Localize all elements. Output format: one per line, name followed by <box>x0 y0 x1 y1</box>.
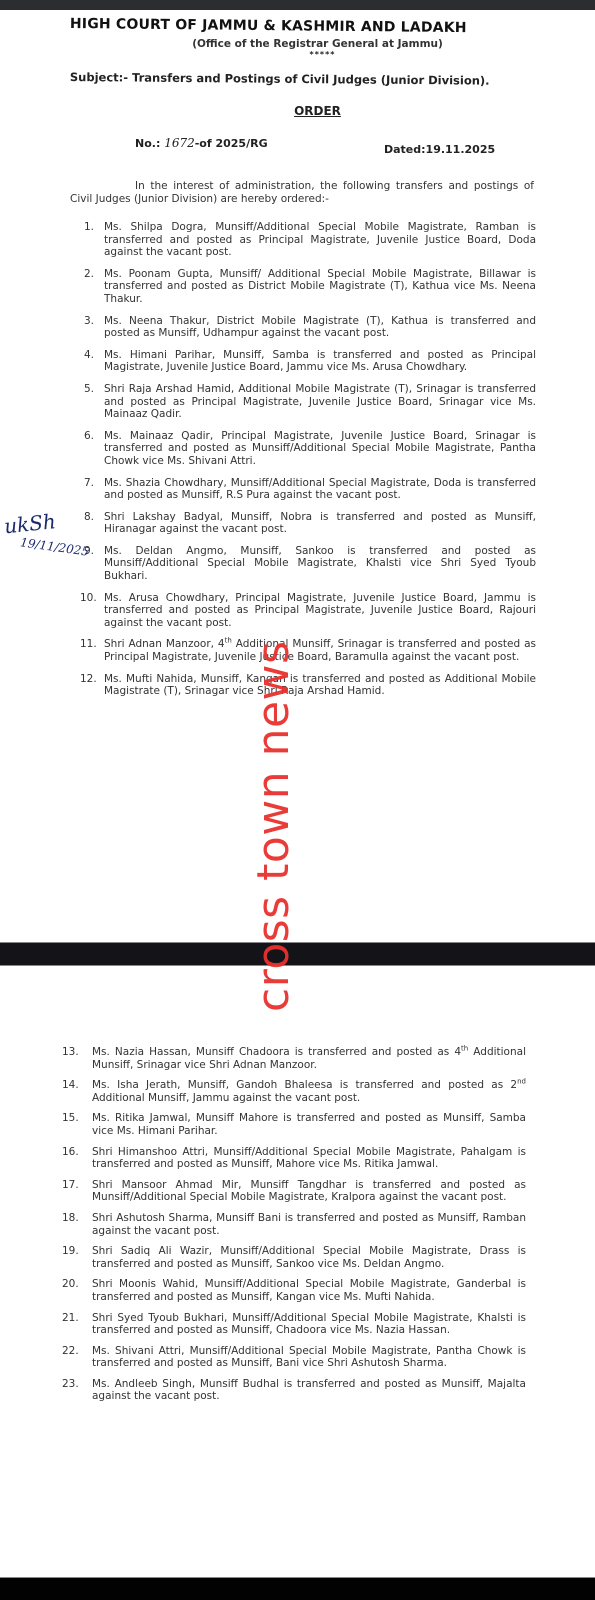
item-text: Shri Sadiq Ali Wazir, Munsiff/Additional… <box>92 1245 526 1270</box>
item-number: 5. <box>84 383 104 396</box>
order-item: 17.Shri Mansoor Ahmad Mir, Munsiff Tangd… <box>58 1179 526 1204</box>
order-item: 21.Shri Syed Tyoub Bukhari, Munsiff/Addi… <box>58 1312 526 1337</box>
order-item: 22.Ms. Shivani Attri, Munsiff/Additional… <box>58 1345 526 1370</box>
item-number: 15. <box>62 1112 82 1125</box>
order-heading: ORDER <box>0 104 595 118</box>
separator-stars: ***** <box>0 50 595 59</box>
item-number: 23. <box>62 1378 82 1391</box>
signature-initials: ukSh <box>3 506 90 539</box>
order-item: 14.Ms. Isha Jerath, Munsiff, Gandoh Bhal… <box>58 1079 526 1104</box>
item-text: Ms. Shivani Attri, Munsiff/Additional Sp… <box>92 1345 526 1370</box>
item-number: 12. <box>80 673 100 686</box>
office-subtitle: (Office of the Registrar General at Jamm… <box>0 38 595 50</box>
order-item: 18.Shri Ashutosh Sharma, Munsiff Bani is… <box>58 1212 526 1237</box>
item-text: Ms. Shilpa Dogra, Munsiff/Additional Spe… <box>104 221 536 258</box>
order-item: 7.Ms. Shazia Chowdhary, Munsiff/Addition… <box>70 477 536 502</box>
item-number: 6. <box>84 430 104 443</box>
item-text: Shri Mansoor Ahmad Mir, Munsiff Tangdhar… <box>92 1179 526 1204</box>
order-item: 8.Shri Lakshay Badyal, Munsiff, Nobra is… <box>70 511 536 536</box>
item-number: 14. <box>62 1079 82 1092</box>
item-text: Additional Munsiff, Jammu against the va… <box>92 1092 360 1104</box>
item-text: Ms. Shazia Chowdhary, Munsiff/Additional… <box>104 477 536 502</box>
order-item: 16.Shri Himanshoo Attri, Munsiff/Additio… <box>58 1146 526 1171</box>
item-text: Shri Raja Arshad Hamid, Additional Mobil… <box>104 383 536 420</box>
order-item: 12.Ms. Mufti Nahida, Munsiff, Kangan is … <box>70 673 536 698</box>
item-number: 19. <box>62 1245 82 1258</box>
item-number: 1. <box>84 221 104 234</box>
order-item: 23.Ms. Andleeb Singh, Munsiff Budhal is … <box>58 1378 526 1403</box>
order-item: 5.Shri Raja Arshad Hamid, Additional Mob… <box>70 383 536 421</box>
item-text: Ms. Mufti Nahida, Munsiff, Kangan is tra… <box>104 673 536 698</box>
item-text: Shri Moonis Wahid, Munsiff/Additional Sp… <box>92 1278 526 1303</box>
item-number: 20. <box>62 1278 82 1291</box>
order-number-label: No.: <box>135 137 160 150</box>
order-item: 1.Ms. Shilpa Dogra, Munsiff/Additional S… <box>70 221 536 259</box>
item-text: Ms. Isha Jerath, Munsiff, Gandoh Bhalees… <box>92 1079 517 1091</box>
item-text: Shri Ashutosh Sharma, Munsiff Bani is tr… <box>92 1212 526 1237</box>
top-bar <box>0 0 595 10</box>
item-number: 21. <box>62 1312 82 1325</box>
order-number-handwritten: 1672 <box>164 136 195 150</box>
item-text: Shri Syed Tyoub Bukhari, Munsiff/Additio… <box>92 1312 526 1337</box>
item-number: 10. <box>80 592 100 605</box>
item-text: Ms. Neena Thakur, District Mobile Magist… <box>104 315 536 340</box>
ordinal-suffix: nd <box>517 1078 526 1086</box>
order-item: 10.Ms. Arusa Chowdhary, Principal Magist… <box>70 592 536 630</box>
item-number: 13. <box>62 1046 82 1059</box>
item-text: Shri Lakshay Badyal, Munsiff, Nobra is t… <box>104 511 536 536</box>
order-number-suffix: -of 2025/RG <box>195 137 268 150</box>
item-text: Ms. Mainaaz Qadir, Principal Magistrate,… <box>104 430 536 467</box>
item-text: Ms. Deldan Angmo, Munsiff, Sankoo is tra… <box>104 545 536 582</box>
watermark: cross town news <box>248 641 299 1012</box>
order-items-page-1: 1.Ms. Shilpa Dogra, Munsiff/Additional S… <box>70 221 536 707</box>
order-item: 13.Ms. Nazia Hassan, Munsiff Chadoora is… <box>58 1046 526 1071</box>
order-item: 6.Ms. Mainaaz Qadir, Principal Magistrat… <box>70 430 536 468</box>
item-text: Ms. Poonam Gupta, Munsiff/ Additional Sp… <box>104 268 536 305</box>
order-item: 11.Shri Adnan Manzoor, 4th Additional Mu… <box>70 638 536 663</box>
order-number: No.: 1672-of 2025/RG <box>135 136 268 150</box>
order-date: Dated:19.11.2025 <box>384 143 495 156</box>
ordinal-suffix: th <box>225 637 232 645</box>
order-item: 19.Shri Sadiq Ali Wazir, Munsiff/Additio… <box>58 1245 526 1270</box>
item-text: Ms. Ritika Jamwal, Munsiff Mahore is tra… <box>92 1112 526 1137</box>
handwritten-signature: ukSh 19/11/2025 <box>4 510 89 554</box>
item-number: 7. <box>84 477 104 490</box>
order-item: 15.Ms. Ritika Jamwal, Munsiff Mahore is … <box>58 1112 526 1137</box>
order-item: 3.Ms. Neena Thakur, District Mobile Magi… <box>70 315 536 340</box>
order-item: 20.Shri Moonis Wahid, Munsiff/Additional… <box>58 1278 526 1303</box>
item-number: 16. <box>62 1146 82 1159</box>
item-number: 3. <box>84 315 104 328</box>
item-text: Shri Adnan Manzoor, 4 <box>104 638 225 650</box>
item-number: 17. <box>62 1179 82 1192</box>
item-text: Shri Himanshoo Attri, Munsiff/Additional… <box>92 1146 526 1171</box>
item-text: Ms. Arusa Chowdhary, Principal Magistrat… <box>104 592 536 629</box>
item-number: 2. <box>84 268 104 281</box>
bottom-bar <box>0 1577 595 1600</box>
item-number: 22. <box>62 1345 82 1358</box>
item-text: Ms. Andleeb Singh, Munsiff Budhal is tra… <box>92 1378 526 1403</box>
order-item: 2.Ms. Poonam Gupta, Munsiff/ Additional … <box>70 268 536 306</box>
item-number: 18. <box>62 1212 82 1225</box>
intro-paragraph: In the interest of administration, the f… <box>70 180 534 206</box>
order-item: 9.Ms. Deldan Angmo, Munsiff, Sankoo is t… <box>70 545 536 583</box>
item-text: Ms. Nazia Hassan, Munsiff Chadoora is tr… <box>92 1046 461 1058</box>
order-item: 4.Ms. Himani Parihar, Munsiff, Samba is … <box>70 349 536 374</box>
item-number: 11. <box>80 638 100 651</box>
item-text: Ms. Himani Parihar, Munsiff, Samba is tr… <box>104 349 536 374</box>
item-number: 4. <box>84 349 104 362</box>
order-items-page-2: 13.Ms. Nazia Hassan, Munsiff Chadoora is… <box>58 1046 526 1411</box>
